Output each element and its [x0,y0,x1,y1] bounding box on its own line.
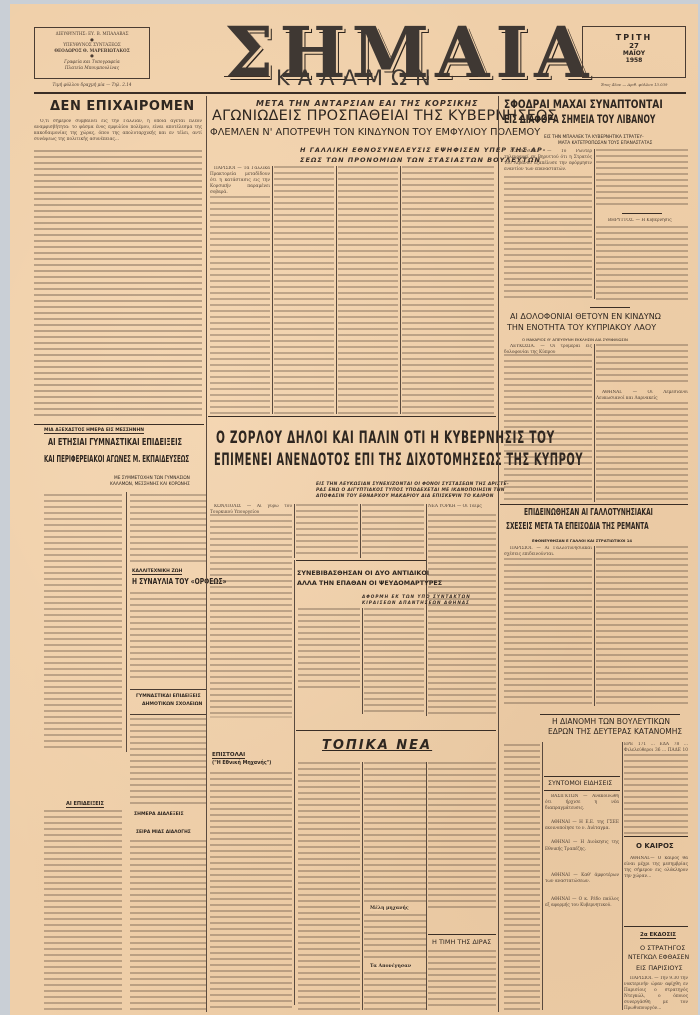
cyprus-deck-2: ΡΑΣ ΕΝΩ Ο ΑΙΓΥΠΤΙΑΚΟΣ ΤΥΠΟΣ ΥΠΟΔΕΧΕΤΑΙ Μ… [316,488,505,493]
left-column-divider [206,96,207,1012]
weather-body: ΑΘΗΝΑΙ.— Ο καιρός θα είναι μέχρι της μεσ… [624,856,688,926]
column-divider [622,742,623,1010]
cyprus-unity-top-rule [590,307,630,308]
general-dateline: ΠΑΡΙΣΙΟΙ. — Την 9.30 την νυκτερινήν ώραν… [624,976,688,1012]
brief-item: ΑΘΗΝΑΙ — Ο κ. Ρέδο παύλος εξ αφορμής του… [545,897,619,909]
cyprus-unity-headline-2: ΤΗΝ ΕΝΟΤΗΤΑ ΤΟΥ ΚΥΠΡΙΑΚΟΥ ΛΑΟΥ [507,324,656,332]
general-headline-1: Ο ΣΤΡΑΤΗΓΟΣ [640,944,685,952]
court-deck-1: ΑΦΟΡΜΗ ΕΚ ΤΩΝ ΥΠΟ ΣΥΝΤΑΚΤΩΝ [362,594,471,599]
cyprus-col-4: ΝΕΑ ΥΟΡΚΗ — Οι Τάιμς [428,504,496,514]
tunisia-top-rule [500,504,688,505]
brief-item: ΑΘΗΝΑΙ — Η Διοίκησις της Εθνικής Τραπέζη… [545,840,619,852]
cyprus-dateline-2: ΝΕΑ ΥΟΡΚΗ — Οι Τάιμς [428,504,496,510]
local-news-title: ΤΟΠΙΚΑ ΝΕΑ [322,738,432,753]
weather-top-rule [624,836,688,837]
editorial-lead: Ό,τι σήμερον συμβαίνει εις την Γαλλίαν, … [34,119,202,143]
lebanon-headline-2: ΕΙΣ ΔΙΑΦΟΡΑ ΣΗΜΕΙΑ ΤΟΥ ΛΙΒΑΝΟΥ [504,114,655,126]
column-divider [542,742,543,1010]
local-news-top-rule [296,730,496,731]
tunisia-col-1-text [504,558,592,708]
seats-col-left [504,744,540,1010]
column-divider [336,166,337,414]
column-divider [362,608,363,714]
column-divider [400,166,401,414]
cyprus-col-2 [296,504,358,558]
newspaper-subtitle: ΚΑΛΑΜΩΝ [276,66,439,90]
price-body [428,950,496,1010]
general-headline-2: ΝΤΕΓΚΩΛ ΕΦΘΑΣΕΝ [628,954,689,961]
column-divider [362,762,363,1010]
athens-dateline: ΑΘΗΝΑΙ. — Οι Λεμεσιανοί Λευκωσιανοί και … [596,390,688,400]
letters-body [210,772,292,1010]
date-box: ΤΡΙΤΗ 27 ΜΑΪΟΥ 1958 [582,26,686,78]
general-body: ΠΑΡΙΣΙΟΙ. — Την 9.30 την νυκτερινήν ώραν… [624,976,688,1012]
local-col-1 [298,762,360,1010]
tunisia-dateline: ΠΑΡΙΣΙΟΙ. — Αι Γαλλοτυνησιακαί σχέσεις ε… [504,546,592,556]
cyprus-unity-headline-1: ΑΙ ΔΟΛΟΦΟΝΙΑΙ ΘΕΤΟΥΝ ΕΝ ΚΙΝΔΥΝΩ [510,313,661,321]
lebanon-deck-1: ΕΙΣ ΤΗΝ ΜΠΑΑΛΕΚ ΤΑ ΚΥΒΕΡΝΗΤΙΚΑ ΣΤΡΑΤΕΥ- [544,135,644,140]
court-deck-2: ΚΙΡΑΙΣΕΩΝ ΑΠΑΝΤΗΣΕΩΝ ΑΘΗΝΑΣ [362,600,470,605]
school-games-title-2: ΔΗΜΟΤΙΚΩΝ ΣΧΟΛΕΙΩΝ [142,702,202,707]
brief-item: ΒΑΣΙΓΚΤΩΝ — Ανακοινώθη ότι ήρχισε η νέα … [545,794,619,812]
local-item-1: Μέλη μηχανής [370,906,409,911]
concert-kicker: ΚΑΛΛΙΤΕΧΝΙΚΗ ΖΩΗ [132,569,182,575]
games-sub-2: ΚΑΛΑΜΩΝ, ΜΕΣΣΗΝΗΣ ΚΑΙ ΚΟΡΩΝΗΣ [110,482,190,487]
month: ΜΑΪΟΥ [583,50,685,57]
cyprus-unity-dateline: ΛΕΥΚΩΣΙΑ. — Οι τρομεραί εις δολοφονίαι τ… [504,344,592,354]
tunisia-col-1: ΠΑΡΙΣΙΟΙ. — Αι Γαλλοτυνησιακαί σχέσεις ε… [504,546,592,556]
masthead-rule [34,92,686,94]
concert-body [130,592,206,682]
local-col-3 [428,762,496,912]
weather-title: Ο ΚΑΙΡΟΣ [636,842,674,850]
cyprus-unity-col-1: ΛΕΥΚΩΣΙΑ. — Οι τρομεραί εις δολοφονίαι τ… [504,344,592,354]
france-col-1-text [210,196,270,414]
lebanon-dateline: ΛΟΝΔΙΝΟΝ. — Το Ρώυτερ τηλεγραφεί εκ Βηρυ… [504,149,592,173]
column-divider [294,560,295,1005]
column-divider [594,149,595,299]
brief-top-rule [544,776,620,777]
year: 1958 [583,57,685,64]
right-column-divider [498,96,499,1012]
address-line: Πλατεία Μπουμπουλίνας [35,65,149,71]
seats-text: ΕΡΕ 171 ... ΕΔΑ 78 ... Φιλελεύθεροι 36 .… [624,742,688,752]
tunisia-col-2 [596,546,688,706]
games-title-line1: ΑΙ ΕΤΗΣΙΑΙ ΓΥΜΝΑΣΤΙΚΑΙ ΕΠΙΔΕΙΞΕΙΣ [48,438,182,448]
awards-title: ΑΙ ΕΠΙΔΕΙΞΕΙΣ [66,801,104,808]
france-subheadline: ΦΛΕΜΛΕΝ Ν' ΑΠΟΤΡΕΨΗ ΤΟΝ ΚΙΝΔΥΝΟΝ ΤΟΥ ΕΜΦ… [210,128,540,138]
seats-headline-2: ΕΔΡΩΝ ΤΗΣ ΔΕΥΤΕΡΑΣ ΚΑΤΑΝΟΜΗΣ [548,728,682,736]
tunisia-headline-1: ΕΠΙΔΕΙΝΩΘΗΣΑΝ ΑΙ ΓΑΛΛΟΤΥΝΗΣΙΑΚΑΙ [524,508,653,518]
games-sub-1: ΜΕ ΣΥΜΜΕΤΟΧΗΝ ΤΩΝ ΓΥΜΝΑΣΙΩΝ [114,476,190,481]
france-col-4 [402,166,494,414]
court-headline-2: ΑΛΛΑ ΤΗΝ ΕΠΑΘΑΝ ΟΙ ΨΕΥΔΟΜΑΡΤΥΡΕΣ [297,580,442,587]
extra-edition-label: 2α ΕΚΔΟΣΙΣ [640,932,676,939]
subtitle-rule-right [436,76,478,77]
lectures-subtitle: ΣΕΙΡΑ ΜΙΑΣ ΔΙΑΛΟΓΗΣ [136,830,191,835]
column-divider [594,344,595,502]
court-headline-1: ΣΥΝΕΒΙΒΑΣΘΗΣΑΝ ΟΙ ΔΥΟ ΑΝΤΙΔΙΚΟΙ [297,570,429,577]
france-col-2 [274,166,334,414]
athens-col: ΑΘΗΝΑΙ. — Οι Λεμεσιανοί Λευκωσιανοί και … [596,390,688,400]
letters-title: ΕΠΙΣΤΟΛΑΙ [212,752,245,759]
tunisia-headline-2: ΣΧΕΣΕΙΣ ΜΕΤΑ ΤΑ ΕΠΕΙΣΟΔΙΑ ΤΗΣ ΡΕΜΑΝΤΑ [506,522,649,532]
seats-headline-1: Η ΔΙΑΝΟΜΗ ΤΩΝ ΒΟΥΛΕΥΤΙΚΩΝ [552,718,670,726]
price-title: Η ΤΙΜΗ ΤΗΣ ΔΙΡΑΣ [432,938,491,946]
court-top-rule [296,560,426,561]
day-number: 27 [583,42,685,50]
lectures-title: ΣΗΜΕΡΑ ΔΙΑΛΕΞΕΙΣ [134,812,184,817]
france-col-3 [338,166,398,414]
column-divider [294,504,295,558]
local-col-2b [364,914,426,960]
brief-list: ΒΑΣΙΓΚΤΩΝ — Ανακοινώθη ότι ήρχισε η νέα … [545,794,619,1010]
cyprus-unity-col-2 [596,344,688,384]
cyprus-unity-deck: Ο ΜΑΚΑΡΙΟΣ Θ' ΑΠΕΥΘΥΝΗ ΕΚΚΛΗΣΙΝ ΔΙΑ ΣΥΜΦ… [522,337,628,342]
france-dateline: ΠΑΡΙΣΙΟΙ — Τα Γαλλικά Πρακτορεία μεταδίδ… [210,166,270,196]
price-line: Τιμή φύλλου δραχμή μία — Τηλ. 2.14 [34,82,150,88]
cyprus-col-4-text [428,514,496,714]
seats-figures: ΕΡΕ 171 ... ΕΔΑ 78 ... Φιλελεύθεροι 36 .… [624,742,688,752]
publisher-box: ΔΙΕΥΘΥΝΤΗΣ: ΕΥ. Β. ΜΠΑΛΑΒΑΣ ● ΥΠΕΥΘΥΝΟΣ … [34,27,150,79]
local-col-2c [364,972,426,1010]
lebanon-headline-1: ΣΦΟΔΡΑΙ ΜΑΧΑΙ ΣΥΝΑΠΤΟΝΤΑΙ [504,99,663,111]
lebanon-col-2 [596,149,688,207]
cyprus-unity-col-1-text [504,354,592,502]
athens-col-text [596,402,688,502]
school-games-title-1: ΓΥΜΝΑΣΤΙΚΑΙ ΕΠΙΔΕΙΞΕΙΣ [136,694,201,699]
brief-under-rule [544,790,620,791]
column-divider [360,504,361,558]
cyprus-col-3 [362,504,424,558]
brief-item: ΑΘΗΝΑΙ — Καθ' άμφοτέρων των αναστατώσεων… [545,873,619,885]
weather-text: ΑΘΗΝΑΙ.— Ο καιρός θα είναι μέχρι της μεσ… [624,856,688,880]
column-divider [426,762,427,1010]
lebanon-col-2b-text [596,226,688,300]
issue-number: Έτος 45ον — Αριθ. φύλλου 13.039 [582,82,686,88]
letters-subtitle: ("Η Εθνική Μηχανής") [212,761,271,766]
brief-item: ΑΘΗΝΑΙ — Η Ε.Ε. της ΓΣΕΕ εκοινοποίησε το… [545,820,619,832]
awards-body [44,810,122,1010]
weekday: ΤΡΙΤΗ [583,33,685,42]
lebanon-col-1-text [504,176,592,300]
seats-top-rule [540,714,680,715]
column-divider [272,166,273,414]
cyprus-continued [210,716,292,720]
newspaper-page: ΔΙΕΥΘΥΝΤΗΣ: ΕΥ. Β. ΜΠΑΛΑΒΑΣ ● ΥΠΕΥΘΥΝΟΣ … [10,4,698,1015]
tunisia-deck: ΕΦΟΝΕΥΘΗΣΑΝ Ε ΓΑΛΛΟΙ ΚΑΙ ΣΤΡΑΤΙΩΤΙΚΟΙ 14 [532,538,632,543]
cyprus-col-1-text [210,514,292,714]
lebanon-dateline-2: ΒΗΡΥΤΤΟΣ. — Η Κυβέρνησις [596,218,688,224]
games-body-left [44,494,122,752]
games-title-line2: ΚΑΙ ΠΕΡΙΦΕΡΕΙΑΚΟΙ ΑΓΩΝΕΣ Μ. ΕΚΠΑΙΔΕΥΣΕΩΣ [44,455,189,465]
editorial-end-rule [34,424,204,425]
france-kicker: ΜΕΤΑ ΤΗΝ ΑΝΤΑΡΣΙΑΝ ΕΑΙ ΤΗΣ ΚΟΡΣΙΚΗΣ [256,99,479,108]
local-col-2 [364,762,426,902]
france-end-rule [208,416,496,417]
games-body-right [130,494,206,564]
cyprus-col-1: ΚΩΝ/ΠΟΛΙΣ — Αι γύρω του Τουρκικού Υπουργ… [210,504,292,514]
lectures-body [130,840,206,1010]
column-divider [126,492,127,752]
general-headline-3: ΕΙΣ ΠΑΡΙΣΙΟΥΣ [636,964,683,972]
editorial-title: ΔΕΝ ΕΠΙΧΑΙΡΟΜΕΝ [50,100,195,114]
column-divider [426,504,427,716]
school-games-body [130,718,206,808]
brief-title: ΣΥΝΤΟΜΟΙ ΕΙΔΗΣΕΙΣ [548,780,612,787]
column-divider [594,546,595,706]
lebanon-mini-rule [622,213,662,214]
cyprus-deck-1: ΕΙΣ ΤΗΝ ΛΕΥΚΩΣΙΑΝ ΣΥΝΕΧΙΖΟΝΤΑΙ ΟΙ ΦΟΝΟΙ … [316,482,509,487]
extra-edition-top-rule [624,926,688,927]
court-col-1 [298,608,360,688]
editorial-text-block [34,150,202,420]
local-item-2: Τα Απονέγησαν [370,964,411,969]
games-kicker: ΜΙΑ ΑΞΕΧΑΣΤΟΣ ΗΜΕΡΑ ΕΙΣ ΜΕΣΣΗΝΗΝ [44,428,144,434]
cyprus-dateline-1: ΚΩΝ/ΠΟΛΙΣ — Αι γύρω του Τουρκικού Υπουργ… [210,504,292,514]
lebanon-deck-2: ΜΑΤΑ ΚΑΤΕΤΡΟΠΩΣΑΝ ΤΟΥΣ ΕΠΑΝΑΣΤΑΤΑΣ [558,141,652,146]
subtitle-rule-left [224,76,270,77]
court-col-2 [364,608,424,714]
cyprus-deck-3: ΑΠΟΦΑΣΙΝ ΤΟΥ ΕΘΝΑΡΧΟΥ ΜΑΚΑΡΙΟΥ ΔΙΑ ΕΠΙΣΚ… [316,494,494,499]
price-top-rule [428,934,496,935]
seats-body [624,754,688,834]
